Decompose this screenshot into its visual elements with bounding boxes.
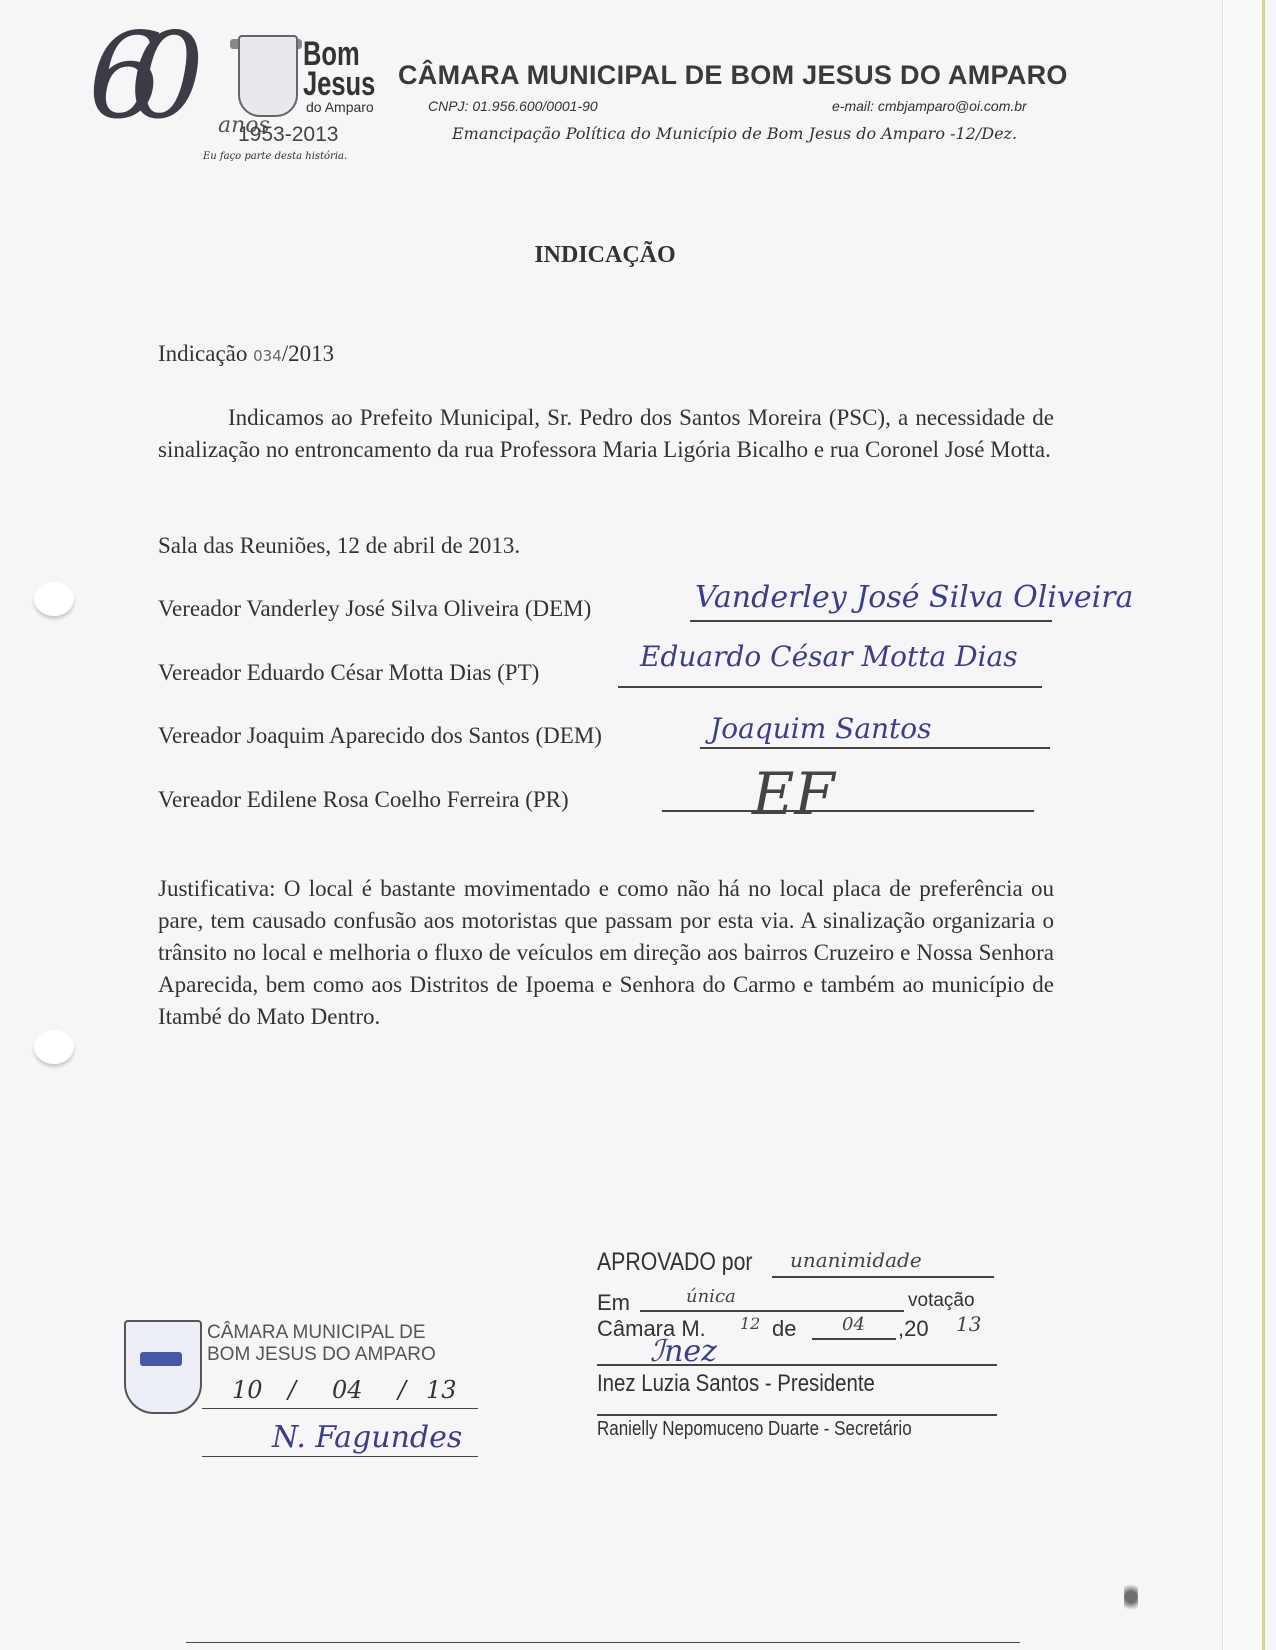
signatory-label: Vereador Joaquim Aparecido dos Santos (D… xyxy=(158,720,602,752)
brand-name: Bom Jesus xyxy=(303,39,375,99)
justification: Justificativa: O local é bastante movime… xyxy=(158,873,1054,1033)
signature-line xyxy=(700,747,1050,749)
anniversary-logo: 60 Bom Jesus do Amparo anos 1953-2013 Eu… xyxy=(88,35,378,175)
indication-body: Indicamos ao Prefeito Municipal, Sr. Ped… xyxy=(158,402,1054,466)
approved-value: unanimidade xyxy=(790,1248,922,1272)
anniversary-years: 1953-2013 xyxy=(238,123,338,147)
scan-artifact xyxy=(1124,1580,1138,1614)
receipt-date-year: 13 xyxy=(426,1376,457,1404)
place-date: Sala das Reuniões, 12 de abril de 2013. xyxy=(158,530,520,562)
president-name: Inez Luzia Santos - Presidente xyxy=(597,1370,875,1398)
indication-number-label: Indicação xyxy=(158,341,253,366)
receipt-date-separator: / xyxy=(288,1376,296,1404)
municipal-crest-icon xyxy=(238,35,298,117)
em-label: Em xyxy=(597,1290,630,1316)
year-prefix: ,20 xyxy=(898,1316,929,1342)
secretary-name: Ranielly Nepomuceno Duarte - Secretário xyxy=(597,1418,912,1441)
logo-slogan: Eu faço parte desta história. xyxy=(203,151,347,162)
secretary-signature-line xyxy=(597,1414,997,1416)
handwritten-signature: Joaquim Santos xyxy=(710,712,932,745)
signature-line xyxy=(662,810,1034,812)
month-line xyxy=(812,1338,896,1340)
handwritten-signature: Vanderley José Silva Oliveira xyxy=(695,580,1133,615)
signature-line xyxy=(690,620,1052,622)
brand-line-2: Jesus xyxy=(303,69,375,99)
receipt-stamp-text: CÂMARA MUNICIPAL DE BOM JESUS DO AMPARO xyxy=(207,1322,436,1366)
approval-day: 12 xyxy=(740,1314,760,1333)
anniversary-number: 60 xyxy=(88,17,170,135)
receipt-date-day: 10 xyxy=(232,1376,263,1404)
votacao-label: votação xyxy=(908,1290,975,1312)
signatory-label: Vereador Eduardo César Motta Dias (PT) xyxy=(158,657,539,689)
page-edge xyxy=(1222,0,1263,1650)
punch-hole xyxy=(34,1030,74,1064)
approved-label: APROVADO por xyxy=(597,1248,752,1277)
email: e-mail: cmbjamparo@oi.com.br xyxy=(832,98,1027,114)
receipt-date-month: 04 xyxy=(332,1376,363,1404)
signatory-label: Vereador Vanderley José Silva Oliveira (… xyxy=(158,593,591,625)
president-signature: ℐnez xyxy=(650,1334,717,1369)
approved-line xyxy=(772,1276,994,1278)
bottom-rule xyxy=(186,1642,1020,1643)
brand-line-3: do Amparo xyxy=(306,99,374,115)
approval-year: 13 xyxy=(956,1312,981,1336)
receipt-stamp-line2: BOM JESUS DO AMPARO xyxy=(207,1344,436,1366)
document-title: INDICAÇÃO xyxy=(0,242,1210,269)
receipt-date-separator: / xyxy=(398,1376,406,1404)
de-label: de xyxy=(772,1316,796,1342)
receipt-signature: N. Fagundes xyxy=(272,1420,462,1455)
indication-number: Indicação 034/2013 xyxy=(158,338,334,372)
approval-month: 04 xyxy=(842,1314,865,1335)
handwritten-signature: Eduardo César Motta Dias xyxy=(640,640,1018,673)
signature-line xyxy=(618,686,1042,688)
cnpj: CNPJ: 01.956.600/0001-90 xyxy=(428,98,598,114)
receipt-date-line xyxy=(202,1408,478,1409)
handwritten-signature: EF xyxy=(752,760,835,828)
em-value: única xyxy=(686,1286,736,1307)
emancipation-line: Emancipação Política do Município de Bom… xyxy=(452,124,1017,143)
letterhead-title: CÂMARA MUNICIPAL DE BOM JESUS DO AMPARO xyxy=(398,60,1068,91)
punch-hole xyxy=(34,582,74,616)
receipt-stamp-line1: CÂMARA MUNICIPAL DE xyxy=(207,1322,436,1344)
page-edge-shadow xyxy=(1262,0,1265,1650)
em-line xyxy=(640,1310,904,1312)
stamp-crest-icon xyxy=(124,1320,202,1414)
receipt-signature-line xyxy=(202,1456,478,1457)
indication-number-handwritten: 034 xyxy=(253,347,282,365)
signatory-label: Vereador Edilene Rosa Coelho Ferreira (P… xyxy=(158,784,569,816)
indication-number-year: /2013 xyxy=(282,341,334,366)
